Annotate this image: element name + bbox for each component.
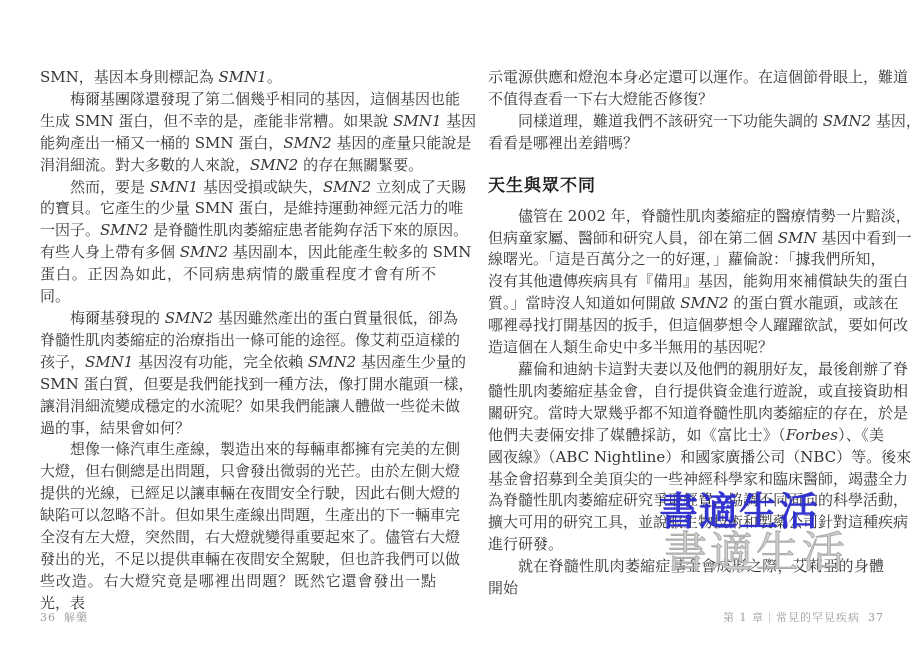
text-line: 想像一條汽車生產線，製造出來的每輛車都擁有完美的左側: [40, 439, 436, 461]
text-line: 梅爾基團隊還發現了第二個幾乎相同的基因，這個基因也能: [40, 89, 436, 111]
paragraph: 梅爾基團隊還發現了第二個幾乎相同的基因，這個基因也能生成 SMN 蛋白，但不幸的…: [40, 89, 436, 177]
text-line: 讓涓涓細流變成穩定的水流呢？如果我們能讓人體做一些從未做: [40, 396, 436, 418]
text-line: 髓性肌肉萎縮症基金會，自行提供資金進行遊說，或直接資助相: [488, 381, 884, 403]
paragraph: 梅爾基發現的 SMN2 基因雖然產出的蛋白質量很低，卻為脊髓性肌肉萎縮症的治療指…: [40, 308, 436, 439]
text-line: 一因子。SMN2 是脊髓性肌肉萎縮症患者能夠存活下來的原因。: [40, 220, 436, 242]
text-line: 儘管在 2002 年，脊髓性肌肉萎縮症的醫療情勢一片黯淡，: [488, 206, 884, 228]
book-title: 解藥: [64, 611, 88, 624]
text-line: 些改造。右大燈究竟是哪裡出問題？既然它還會發出一點光，表: [40, 571, 436, 615]
text-line: 全沒有左大燈，突然間，右大燈就變得重要起來了。儘管右大燈: [40, 527, 436, 549]
text-line: 他們夫妻倆安排了媒體採訪，如《富比士》（Forbes）、《美: [488, 425, 884, 447]
text-line: 缺陷可以忽略不計。但如果生產線出問題，生產出的下一輛車完: [40, 505, 436, 527]
text-line: 國夜線》（ABC Nightline）和國家廣播公司（NBC）等。後來: [488, 447, 884, 469]
text-line: 生成 SMN 蛋白，但不幸的是，產能非常糟。如果說 SMN1 基因: [40, 111, 436, 133]
text-line: 關研究。當時大眾幾乎都不知道脊髓性肌肉萎縮症的存在，於是: [488, 403, 884, 425]
text-line: 蛋白。正因為如此，不同病患病情的嚴重程度才會有所不同。: [40, 264, 436, 308]
text-line: 孩子，SMN1 基因沒有功能，完全依賴 SMN2 基因產生少量的: [40, 352, 436, 374]
text-line: SMN 蛋白質，但要是我們能找到一種方法，像打開水龍頭一樣，: [40, 374, 436, 396]
text-line: 線曙光。「這是百萬分之一的好運，」蘿倫說：「據我們所知，: [488, 249, 884, 271]
text-line: SMN，基因本身則標記為 SMN1。: [40, 67, 436, 89]
text-line: 進行研發。: [488, 534, 884, 556]
right-page-number: 37: [868, 611, 884, 624]
text-line: 就在脊髓性肌肉萎縮症基金會成形之際，艾莉亞的身體開始: [488, 556, 884, 600]
text-line: 的寶貝。它產生的少量 SMN 蛋白，是維持運動神經元活力的唯: [40, 198, 436, 220]
section-heading: 天生與眾不同: [488, 173, 884, 199]
text-line: 脊髓性肌肉萎縮症的治療指出一條可能的途徑。像艾莉亞這樣的: [40, 330, 436, 352]
paragraph: 同樣道理，難道我們不該研究一下功能失調的 SMN2 基因，看看是哪裡出差錯嗎？: [488, 111, 884, 155]
text-line: 發出的光，不足以提供車輛在夜間安全駕駛，但也許我們可以做: [40, 549, 436, 571]
left-page-number: 36: [40, 611, 56, 624]
left-page-footer: 36解藥: [40, 611, 96, 625]
text-line: 有些人身上帶有多個 SMN2 基因副本，因此能產生較多的 SMN: [40, 242, 436, 264]
text-line: 過的事，結果會如何？: [40, 418, 436, 440]
book-spread: SMN，基因本身則標記為 SMN1。梅爾基團隊還發現了第二個幾乎相同的基因，這個…: [0, 0, 916, 650]
text-line: 不值得查看一下右大燈能否修復？: [488, 89, 884, 111]
paragraph: 想像一條汽車生產線，製造出來的每輛車都擁有完美的左側大燈，但右側總是出問題，只會…: [40, 439, 436, 614]
text-line: 示電源供應和燈泡本身必定還可以運作。在這個節骨眼上，難道: [488, 67, 884, 89]
text-line: 基金會招募到全美頂尖的一些神經科學家和臨床醫師，竭盡全力: [488, 469, 884, 491]
text-line: 造這個在人類生命史中多半無用的基因呢？: [488, 337, 884, 359]
paragraph: 示電源供應和燈泡本身必定還可以運作。在這個節骨眼上，難道不值得查看一下右大燈能否…: [488, 67, 884, 111]
paragraph: 就在脊髓性肌肉萎縮症基金會成形之際，艾莉亞的身體開始: [488, 556, 884, 600]
text-line: 然而，要是 SMN1 基因受損或缺失，SMN2 立刻成了天賜: [40, 177, 436, 199]
text-line: 質。」當時沒人知道如何開啟 SMN2 的蛋白質水龍頭，或該在: [488, 293, 884, 315]
text-line: 為脊髓性肌肉萎縮症研究爭取經費，協調不同面向的科學活動，: [488, 490, 884, 512]
paragraph: 儘管在 2002 年，脊髓性肌肉萎縮症的醫療情勢一片黯淡，但病童家屬、醫師和研究…: [488, 206, 884, 359]
text-line: 同樣道理，難道我們不該研究一下功能失調的 SMN2 基因，: [488, 111, 884, 133]
text-line: 哪裡尋找打開基因的扳手，但這個夢想令人躍躍欲試，要如何改: [488, 315, 884, 337]
text-line: 能夠產出一桶又一桶的 SMN 蛋白，SMN2 基因的產量只能說是: [40, 133, 436, 155]
paragraph: 然而，要是 SMN1 基因受損或缺失，SMN2 立刻成了天賜的寶貝。它產生的少量…: [40, 177, 436, 308]
text-line: 梅爾基發現的 SMN2 基因雖然產出的蛋白質量很低，卻為: [40, 308, 436, 330]
text-line: 但病童家屬、醫師和研究人員，卻在第二個 SMN 基因中看到一: [488, 228, 884, 250]
paragraph: 蘿倫和迪納卡這對夫妻以及他們的親朋好友，最後創辦了脊髓性肌肉萎縮症基金會，自行提…: [488, 359, 884, 556]
text-line: 涓涓細流。對大多數的人來說，SMN2 的存在無關緊要。: [40, 155, 436, 177]
chapter-label: 第 1 章｜常見的罕見疾病: [723, 611, 860, 624]
text-line: 提供的光線，已經足以讓車輛在夜間安全行駛，因此右側大燈的: [40, 483, 436, 505]
text-line: 大燈，但右側總是出問題，只會發出微弱的光芒。由於左側大燈: [40, 461, 436, 483]
left-page-text-column: SMN，基因本身則標記為 SMN1。梅爾基團隊還發現了第二個幾乎相同的基因，這個…: [40, 67, 436, 615]
text-line: 蘿倫和迪納卡這對夫妻以及他們的親朋好友，最後創辦了脊: [488, 359, 884, 381]
text-line: 擴大可用的研究工具，並說服生物技術和製藥公司針對這種疾病: [488, 512, 884, 534]
paragraph: SMN，基因本身則標記為 SMN1。: [40, 67, 436, 89]
text-line: 看看是哪裡出差錯嗎？: [488, 133, 884, 155]
text-line: 沒有其他遺傳疾病具有『備用』基因，能夠用來補償缺失的蛋白: [488, 271, 884, 293]
right-page-footer: 第 1 章｜常見的罕見疾病37: [715, 611, 884, 625]
right-page-text-column: 示電源供應和燈泡本身必定還可以運作。在這個節骨眼上，難道不值得查看一下右大燈能否…: [488, 67, 884, 600]
